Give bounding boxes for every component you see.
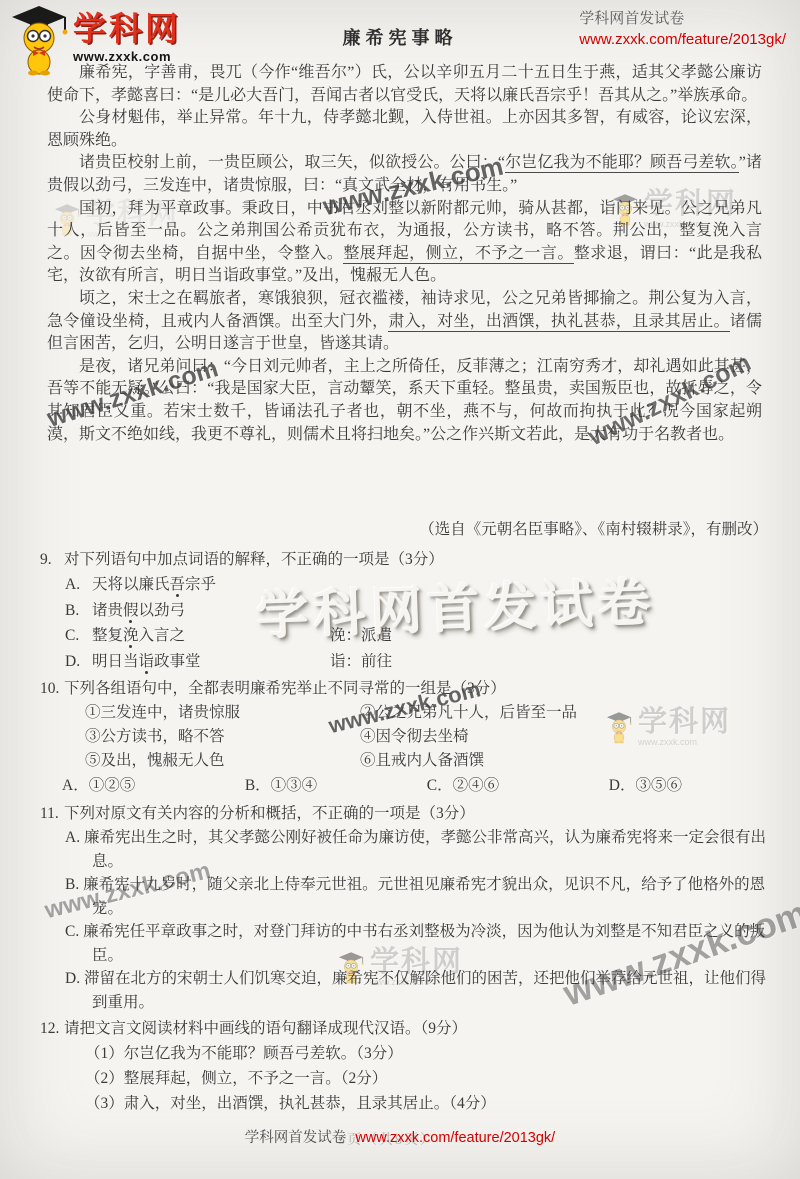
question-head: 10.下列各组语句中，全都表明廉希宪举止不同寻常的一组是（3分） xyxy=(40,677,770,701)
passage-paragraph: 诸贵臣校射上前，一贵臣顾公，取三矢，似欲授公。公曰：“尔岂亿我为不能耶？顾吾弓差… xyxy=(47,152,762,197)
statement-grid: ①三发连中，诸贵惊服②公之兄弟凡十人，后皆至一品③公方读书，略不答④因令彻去坐椅… xyxy=(85,701,770,773)
statement-item: ⑤及出，愧赧无人色 xyxy=(85,749,360,773)
statement-item: ⑥且戒内人备酒馔 xyxy=(360,749,770,773)
answer-choice: A．①②⑤ xyxy=(62,773,135,799)
underlined-clause: 尔岂亿我为不能耶？顾吾弓差软。 xyxy=(505,154,739,173)
translation-item: （3）肃入，对坐，出酒馔，执礼甚恭，且录其居止。（4分） xyxy=(85,1091,770,1116)
question-number: 11. xyxy=(40,802,64,826)
page-footer: 5页（共8页） 学科网首发试卷 www.zxxk.com/feature/201… xyxy=(0,1126,800,1147)
emphasis-dot-char: 假 xyxy=(123,602,139,619)
option-row: D. 滞留在北方的宋朝士人们饥寒交迫，廉希宪不仅解除他们的困苦，还把他们举荐给元… xyxy=(40,967,770,1014)
scanned-exam-page: 学科网www.zxxk.com 学科网www.zxxk xyxy=(0,0,800,1179)
source-line: （选自《元朝名臣事略》、《南村辍耕录》，有删改） xyxy=(0,518,800,542)
question-stem: 对下列语句中加点词语的解释，不正确的一项是（3分） xyxy=(64,548,770,572)
issue-url: www.zxxk.com/feature/2013gk/ xyxy=(579,29,786,50)
passage-paragraph: 公身材魁伟，举止异常。年十九，侍孝懿北觐，入侍世祖。上亦因其多智，有威容，论议宏… xyxy=(47,107,762,152)
option-text: 廉希宪出生之时，其父孝懿公刚好被任命为廉访使，孝懿公非常高兴，认为廉希宪将来一定… xyxy=(84,829,766,870)
emphasis-dot-char: 吾 xyxy=(170,576,186,593)
question-q9: 9.对下列语句中加点词语的解释，不正确的一项是（3分）A.天将以廉氏吾宗乎B.诸… xyxy=(40,548,770,674)
passage-segment: 公身材魁伟，举止异常。年十九，侍孝懿北觐，入侍世祖。上亦因其多智，有威容，论议宏… xyxy=(47,109,762,149)
option-row: B. 廉希宪十九岁时，随父亲北上侍奉元世祖。元世祖见廉希宪才貌出众，见识不凡，给… xyxy=(40,873,770,920)
passage-paragraph: 国初，拜为平章政事。秉政日，中书右丞刘整以新附都元帅，骑从甚都，诣门来见。公之兄… xyxy=(47,198,762,288)
passage: 廉希宪，字善甫，畏兀（今作“维吾尔”）氏，公以辛卯五月二十五日生于燕，适其父孝懿… xyxy=(0,58,800,518)
statement-item: ④因令彻去坐椅 xyxy=(360,725,770,749)
passage-paragraph: 是夜，诸兄弟问曰：“今日刘元帅者，主上之所倚任，反菲薄之；江南穷秀才，却礼遇如此… xyxy=(47,356,762,446)
brand-block: 学科网 www.zxxk.com xyxy=(73,12,181,64)
option-text: 廉希宪十九岁时，随父亲北上侍奉元世祖。元世祖见廉希宪才貌出众，见识不凡，给予了他… xyxy=(83,876,765,917)
question-q12: 12.请把文言文阅读材料中画线的语句翻译成现代汉语。（9分）（1）尔岂亿我为不能… xyxy=(40,1017,770,1116)
statement-item: ③公方读书，略不答 xyxy=(85,725,360,749)
question-stem: 下列各组语句中，全都表明廉希宪举止不同寻常的一组是（3分） xyxy=(64,677,770,701)
question-number: 12. xyxy=(40,1017,64,1041)
question-head: 9.对下列语句中加点词语的解释，不正确的一项是（3分） xyxy=(40,548,770,572)
option-gloss: 浼：派遣 xyxy=(330,623,770,649)
translation-item: （2）整展拜起，侧立，不予之一言。（2分） xyxy=(85,1066,770,1091)
underlined-clause: 肃入，对坐，出酒馔，执礼甚恭，且录其居止。 xyxy=(388,313,729,332)
question-stem: 下列对原文有关内容的分析和概括，不正确的一项是（3分） xyxy=(64,802,770,826)
option-row: A.天将以廉氏吾宗乎 xyxy=(65,572,770,598)
page-title: 廉希宪事略 xyxy=(343,24,458,50)
option-label: A. xyxy=(65,572,92,598)
option-text: 整复浼入言之 xyxy=(92,623,330,649)
underlined-clause: 整展拜起，侧立，不予之一言。 xyxy=(343,245,573,264)
question-head: 11.下列对原文有关内容的分析和概括，不正确的一项是（3分） xyxy=(40,802,770,826)
questions: 9.对下列语句中加点词语的解释，不正确的一项是（3分）A.天将以廉氏吾宗乎B.诸… xyxy=(0,542,800,1124)
question-q11: 11.下列对原文有关内容的分析和概括，不正确的一项是（3分）A. 廉希宪出生之时… xyxy=(40,802,770,1014)
option-text: 明日当诣政事堂 xyxy=(92,649,330,675)
passage-segment: 是夜，诸兄弟问曰：“今日刘元帅者，主上之所倚任，反菲薄之；江南穷秀才，却礼遇如此… xyxy=(47,358,762,443)
statement-item: ②公之兄弟凡十人，后皆至一品 xyxy=(360,701,770,725)
option-row: D.明日当诣政事堂诣：前往 xyxy=(65,649,770,675)
option-row: C. 廉希宪任平章政事之时，对登门拜访的中书右丞刘整极为冷淡，因为他认为刘整是不… xyxy=(40,920,770,967)
emphasis-dot-char: 浼 xyxy=(123,627,139,644)
passage-paragraph: 顷之，宋士之在羁旅者，寒饿狼狈，冠衣褴褛，袖诗求见，公之兄弟皆揶揄之。荆公复为入… xyxy=(47,288,762,356)
option-text: 天将以廉氏吾宗乎 xyxy=(92,572,330,598)
option-label: D. xyxy=(65,649,92,675)
option-label: B. xyxy=(65,598,92,624)
option-label: C. xyxy=(65,623,92,649)
header-issue-block: 学科网首发试卷 www.zxxk.com/feature/2013gk/ xyxy=(579,8,786,50)
option-gloss xyxy=(330,572,770,598)
question-head: 12.请把文言文阅读材料中画线的语句翻译成现代汉语。（9分） xyxy=(40,1017,770,1041)
page-content: 学科网 www.zxxk.com 廉希宪事略 学科网首发试卷 www.zxxk.… xyxy=(0,0,800,1124)
answer-choice: D．③⑤⑥ xyxy=(609,773,682,799)
option-gloss xyxy=(330,598,770,624)
answer-choice: C．②④⑥ xyxy=(427,773,499,799)
emphasis-dot-char: 诣 xyxy=(139,653,155,670)
option-label: D. xyxy=(65,970,84,987)
option-text: 诸贵假以劲弓 xyxy=(92,598,330,624)
question-q10: 10.下列各组语句中，全都表明廉希宪举止不同寻常的一组是（3分）①三发连中，诸贵… xyxy=(40,677,770,799)
statement-item: ①三发连中，诸贵惊服 xyxy=(85,701,360,725)
answer-choice: B．①③④ xyxy=(245,773,317,799)
answer-choices: A．①②⑤B．①③④C．②④⑥D．③⑤⑥ xyxy=(62,773,682,799)
footer-label: 学科网首发试卷 xyxy=(245,1130,347,1146)
option-gloss: 诣：前往 xyxy=(330,649,770,675)
option-row: A. 廉希宪出生之时，其父孝懿公刚好被任命为廉访使，孝懿公非常高兴，认为廉希宪将… xyxy=(40,826,770,873)
option-text: 滞留在北方的宋朝士人们饥寒交迫，廉希宪不仅解除他们的困苦，还把他们举荐给元世祖，… xyxy=(84,970,766,1011)
option-label: B. xyxy=(65,876,83,893)
option-label: A. xyxy=(65,829,84,846)
zxxk-mascot-icon xyxy=(10,4,68,76)
issue-label: 学科网首发试卷 xyxy=(579,8,786,29)
option-row: B.诸贵假以劲弓 xyxy=(65,598,770,624)
page-header: 学科网 www.zxxk.com 廉希宪事略 学科网首发试卷 www.zxxk.… xyxy=(0,0,800,58)
option-label: C. xyxy=(65,923,83,940)
brand-name: 学科网 xyxy=(73,12,181,46)
question-number: 9. xyxy=(40,548,64,572)
brand-url: www.zxxk.com xyxy=(73,49,181,64)
question-stem: 请把文言文阅读材料中画线的语句翻译成现代汉语。（9分） xyxy=(64,1017,770,1041)
passage-segment: 诸贵臣校射上前，一贵臣顾公，取三矢，似欲授公。公曰：“ xyxy=(79,154,505,171)
option-text: 廉希宪任平章政事之时，对登门拜访的中书右丞刘整极为冷淡，因为他认为刘整是不知君臣… xyxy=(83,923,765,964)
question-number: 10. xyxy=(40,677,64,701)
zxxk-logo: 学科网 www.zxxk.com xyxy=(10,4,181,76)
translation-item: （1）尔岂亿我为不能耶？顾吾弓差软。（3分） xyxy=(85,1041,770,1066)
footer-url: www.zxxk.com/feature/2013gk/ xyxy=(355,1130,555,1146)
option-row: C.整复浼入言之浼：派遣 xyxy=(65,623,770,649)
